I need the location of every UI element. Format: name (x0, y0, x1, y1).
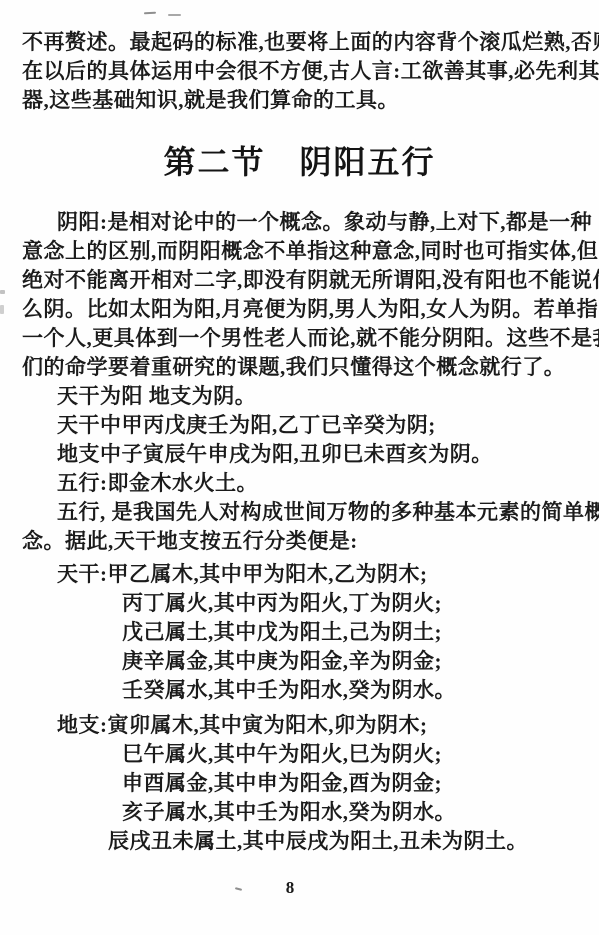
text-line: 天干中甲丙戊庚壬为阳,乙丁已辛癸为阴; (22, 411, 577, 440)
text-line: 亥子属水,其中壬为阳水,癸为阴水。 (22, 798, 577, 827)
text-line: 庚辛属金,其中庚为阳金,辛为阴金; (22, 647, 577, 676)
text-line: 念。据此,天干地支按五行分类便是: (22, 527, 577, 556)
text-line: 么阴。比如太阳为阳,月亮便为阴,男人为阳,女人为阴。若单指 (22, 295, 577, 324)
paragraph-intro: 不再赘述。最起码的标准,也要将上面的内容背个滚瓜烂熟,否则 在以后的具体运用中会… (22, 0, 577, 115)
text-line: 绝对不能离开相对二字,即没有阴就无所谓阳,没有阳也不能说什 (22, 266, 577, 295)
text-line: 申酉属金,其中申为阳金,酉为阴金; (22, 769, 577, 798)
dizhi-list: 地支:寅卯属木,其中寅为阳木,卯为阴木; 巳午属火,其中午为阳火,巳为阴火; 申… (22, 711, 577, 856)
scan-artifact (0, 305, 4, 314)
section-name: 阴阳五行 (300, 144, 436, 180)
scan-artifact (168, 14, 181, 16)
statements-block: 天干为阳 地支为阴。 天干中甲丙戊庚壬为阳,乙丁已辛癸为阴; 地支中子寅辰午申戌… (22, 382, 577, 498)
paragraph-wuxing: 五行, 是我国先人对构成世间万物的多种基本元素的简单概 念。据此,天干地支按五行… (22, 498, 577, 556)
text-line: 天干为阳 地支为阴。 (22, 382, 577, 411)
paragraph-yinyang: 阴阳:是相对论中的一个概念。象动与静,上对下,都是一种 意念上的区别,而阴阳概念… (22, 208, 577, 382)
text-line: 地支中子寅辰午申戌为阳,丑卯巳未酉亥为阴。 (22, 440, 577, 469)
page-number: 8 (13, 878, 568, 898)
text-line: 天干:甲乙属木,其中甲为阳木,乙为阴木; (22, 560, 577, 589)
text-line: 戊己属土,其中戊为阳土,己为阴土; (22, 618, 577, 647)
text-line: 巳午属火,其中午为阳火,巳为阴火; (22, 740, 577, 769)
text-line: 不再赘述。最起码的标准,也要将上面的内容背个滚瓜烂熟,否则 (22, 28, 577, 57)
page-text: 不再赘述。最起码的标准,也要将上面的内容背个滚瓜烂熟,否则 在以后的具体运用中会… (0, 0, 599, 898)
text-line: 在以后的具体运用中会很不方便,古人言:工欲善其事,必先利其 (22, 57, 577, 86)
section-title: 第二节阴阳五行 (22, 141, 577, 183)
text-line: 壬癸属水,其中壬为阳水,癸为阴水。 (22, 676, 577, 705)
text-line: 辰戌丑未属土,其中辰戌为阳土,丑未为阴土。 (22, 827, 577, 856)
text-line: 一个人,更具体到一个男性老人而论,就不能分阴阳。这些不是我 (22, 324, 577, 353)
text-line: 意念上的区别,而阴阳概念不单指这种意念,同时也可指实体,但 (22, 237, 577, 266)
scan-artifact (0, 290, 5, 294)
text-line: 丙丁属火,其中丙为阳火,丁为阴火; (22, 589, 577, 618)
section-number: 第二节 (163, 144, 265, 180)
text-line: 五行:即金木水火土。 (22, 469, 577, 498)
text-line: 地支:寅卯属木,其中寅为阳木,卯为阴木; (22, 711, 577, 740)
book-page: 不再赘述。最起码的标准,也要将上面的内容背个滚瓜烂熟,否则 在以后的具体运用中会… (0, 0, 599, 935)
text-line: 们的命学要着重研究的课题,我们只懂得这个概念就行了。 (22, 353, 577, 382)
text-line: 阴阳:是相对论中的一个概念。象动与静,上对下,都是一种 (22, 208, 577, 237)
text-line: 器,这些基础知识,就是我们算命的工具。 (22, 86, 577, 115)
text-line: 五行, 是我国先人对构成世间万物的多种基本元素的简单概 (22, 498, 577, 527)
tiangan-list: 天干:甲乙属木,其中甲为阳木,乙为阴木; 丙丁属火,其中丙为阳火,丁为阴火; 戊… (22, 560, 577, 705)
